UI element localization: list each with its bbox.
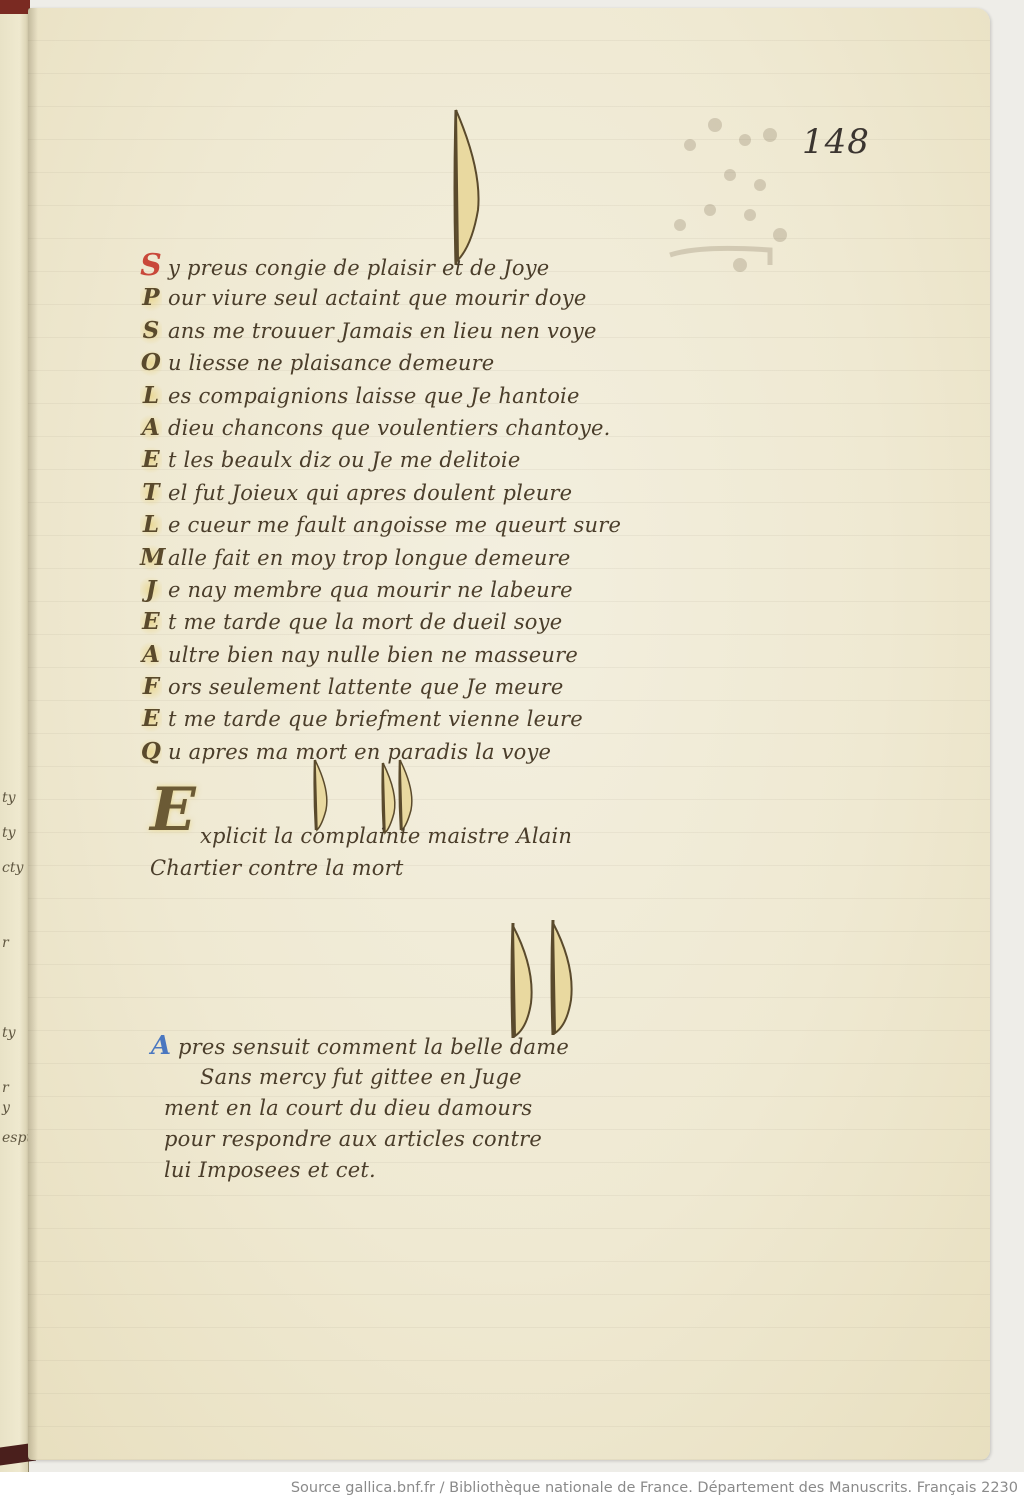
rubric-line: ment en la court du dieu damours [150,1092,569,1123]
verse-line: Sans me trouuer Jamais en lieu nen voye [140,315,820,347]
verse-line: Pour viure seul actaint que mourir doye [140,282,820,314]
explicit-line: Chartier contre la mort [150,852,572,884]
verse-line: Et les beaulx diz ou Je me delitoie [140,444,820,476]
initial-letter: E [140,444,162,476]
initial-letter: J [140,574,162,606]
initial-letter: T [140,477,162,509]
left-marginalia: ty [2,1025,16,1041]
verse-line: Les compaignions laisse que Je hantoie [140,380,820,412]
verse-line: Aultre bien nay nulle bien ne masseure [140,639,820,671]
cadel-ascender-decoration [505,918,545,1043]
verse-line: Ou liesse ne plaisance demeure [140,347,820,379]
explicit-line: xplicit la complainte maistre Alain [150,820,572,852]
explicit-block: xplicit la complainte maistre Alain Char… [150,820,572,884]
binding-leather-top [0,0,30,14]
initial-letter: P [140,282,162,314]
red-initial: S [140,250,162,282]
source-credit: Source gallica.bnf.fr / Bibliothèque nat… [291,1480,1018,1496]
left-marginalia: cty [2,860,23,876]
rubric-line: lui Imposees et cet. [150,1154,569,1185]
cadel-ascender-decoration [448,100,488,270]
gutter-shadow [28,8,38,1460]
rubric-line: pour respondre aux articles contre [150,1123,569,1154]
rubric-line: Apres sensuit comment la belle dame [150,1030,569,1061]
source-footer: Source gallica.bnf.fr / Bibliothèque nat… [0,1472,1024,1507]
initial-letter: E [140,703,162,735]
initial-letter: F [140,671,162,703]
left-marginalia: ty [2,790,16,806]
rubric-block: Apres sensuit comment la belle dame Sans… [150,1030,569,1185]
initial-letter: A [140,412,162,444]
folio-number: 148 [802,122,870,162]
verse-line: Qu apres ma mort en paradis la voye [140,736,820,768]
verse-line: Et me tarde que briefment vienne leure [140,703,820,735]
initial-letter: S [140,315,162,347]
cadel-ascender-decoration [545,915,585,1040]
blue-initial: A [150,1030,172,1062]
previous-page-edge [0,0,29,1472]
initial-letter: L [140,509,162,541]
verse-line: Et me tarde que la mort de dueil soye [140,606,820,638]
initial-letter: M [140,542,162,574]
left-marginalia: r [2,935,9,951]
initial-letter: A [140,639,162,671]
verse-line: Malle fait en moy trop longue demeure [140,542,820,574]
left-marginalia: y [2,1100,10,1116]
left-marginalia: r [2,1080,9,1096]
verse-text-block: Sy preus congie de plaisir et de Joye Po… [140,250,820,768]
verse-line: Tel fut Joieux qui apres doulent pleure [140,477,820,509]
verse-line: Adieu chancons que voulentiers chantoye. [140,412,820,444]
left-marginalia: ty [2,825,16,841]
verse-line: Le cueur me fault angoisse me queurt sur… [140,509,820,541]
initial-letter: E [140,606,162,638]
initial-letter: Q [140,736,162,768]
verse-line: Fors seulement lattente que Je meure [140,671,820,703]
verse-line: Sy preus congie de plaisir et de Joye [140,250,820,282]
initial-letter: L [140,380,162,412]
verse-line: Je nay membre qua mourir ne labeure [140,574,820,606]
initial-letter: O [140,347,162,379]
rubric-line: Sans mercy fut gittee en Juge [150,1061,569,1092]
